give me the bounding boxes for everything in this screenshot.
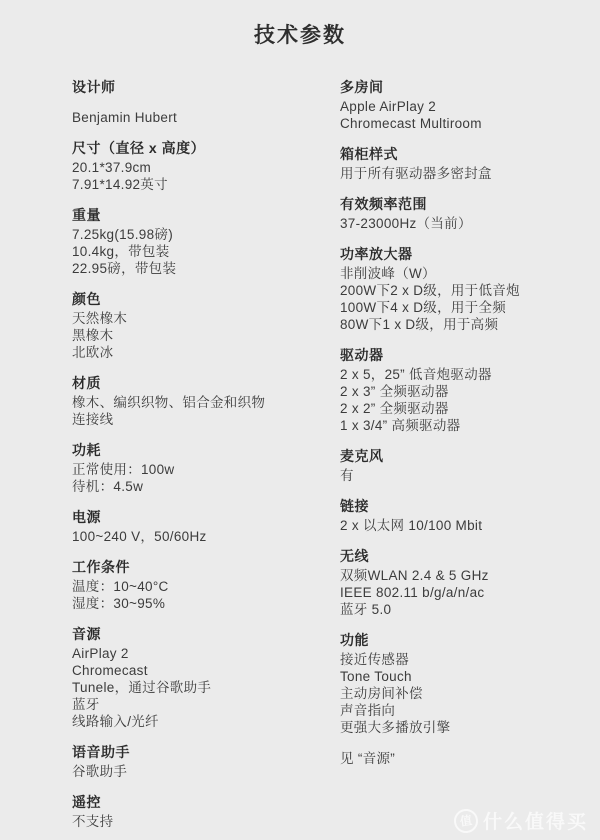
spec-line: 22.95磅，带包装 [72, 260, 340, 277]
spec-section: 语音助手谷歌助手 [72, 744, 340, 780]
spec-line: 20.1*37.9cm [72, 159, 340, 176]
spec-line: 声音指向 [340, 702, 580, 719]
spec-line: 接近传感器 [340, 651, 580, 668]
spec-line: Apple AirPlay 2 [340, 98, 580, 115]
spec-line: 100W下4 x D级，用于全频 [340, 299, 580, 316]
spec-section: 功率放大器非削波峰（W）200W下2 x D级，用于低音炮100W下4 x D级… [340, 246, 580, 333]
spec-line: Chromecast Multiroom [340, 115, 580, 132]
spec-heading: 功耗 [72, 442, 340, 459]
spec-heading: 链接 [340, 498, 580, 515]
spec-heading: 麦克风 [340, 448, 580, 465]
spec-section: 颜色天然橡木黑橡木北欧冰 [72, 291, 340, 361]
spec-line: 有 [340, 467, 580, 484]
spec-line: 谷歌助手 [72, 763, 340, 780]
spec-line: Tone Touch [340, 668, 580, 685]
spec-line: 蓝牙 5.0 [340, 601, 580, 618]
spec-heading: 重量 [72, 207, 340, 224]
spec-line: 37-23000Hz（当前） [340, 215, 580, 232]
column-right: 多房间Apple AirPlay 2Chromecast Multiroom箱柜… [340, 79, 580, 840]
spec-line: 正常使用：100w [72, 461, 340, 478]
spec-heading: 颜色 [72, 291, 340, 308]
spec-section: 无线双频WLAN 2.4 & 5 GHzIEEE 802.11 b/g/a/n/… [340, 548, 580, 618]
spec-line: 待机：4.5w [72, 478, 340, 495]
spec-line: 见 “音源” [340, 750, 580, 767]
spec-section: 设计师Benjamin Hubert [72, 79, 340, 126]
spec-line: 连接线 [72, 411, 340, 428]
spec-section: 音源AirPlay 2ChromecastTunele，通过谷歌助手蓝牙线路输入… [72, 626, 340, 730]
spec-line: 非削波峰（W） [340, 265, 580, 282]
spec-section: 遥控不支持 [72, 794, 340, 830]
spec-section: 电源100~240 V，50/60Hz [72, 509, 340, 545]
watermark: 值 什么值得买 [454, 807, 588, 834]
spec-section: 多房间Apple AirPlay 2Chromecast Multiroom [340, 79, 580, 132]
spec-section: 功能接近传感器Tone Touch主动房间补偿声音指向更强大多播放引擎 [340, 632, 580, 736]
spec-heading: 工作条件 [72, 559, 340, 576]
spec-heading: 驱动器 [340, 347, 580, 364]
spec-heading: 语音助手 [72, 744, 340, 761]
spec-section: 有效频率范围37-23000Hz（当前） [340, 196, 580, 232]
spec-line: 100~240 V，50/60Hz [72, 528, 340, 545]
spec-section: 见 “音源” [340, 750, 580, 767]
watermark-text: 什么值得买 [483, 807, 588, 834]
spec-line: 1 x 3/4” 高频驱动器 [340, 417, 580, 434]
spec-line: 2 x 3” 全频驱动器 [340, 383, 580, 400]
spec-line: 主动房间补偿 [340, 685, 580, 702]
spec-line: 更强大多播放引擎 [340, 719, 580, 736]
spec-line: 温度：10~40°C [72, 578, 340, 595]
spec-columns: 设计师Benjamin Hubert尺寸（直径 x 高度）20.1*37.9cm… [0, 79, 600, 840]
spec-line: 用于所有驱动器多密封盒 [340, 165, 580, 182]
spec-line: 湿度：30~95% [72, 595, 340, 612]
spec-line: Benjamin Hubert [72, 109, 340, 126]
spec-section: 麦克风有 [340, 448, 580, 484]
spec-line: 蓝牙 [72, 696, 340, 713]
spec-line: 7.91*14.92英寸 [72, 176, 340, 193]
spec-line: 线路输入/光纤 [72, 713, 340, 730]
spec-line: 橡木、编织织物、铝合金和织物 [72, 394, 340, 411]
spec-line: 天然橡木 [72, 310, 340, 327]
spec-heading: 无线 [340, 548, 580, 565]
spec-line: 双频WLAN 2.4 & 5 GHz [340, 567, 580, 584]
spec-line: 10.4kg，带包装 [72, 243, 340, 260]
page-title: 技术参数 [0, 0, 600, 49]
spec-line: IEEE 802.11 b/g/a/n/ac [340, 584, 580, 601]
spec-heading: 尺寸（直径 x 高度） [72, 140, 340, 157]
spec-line: Tunele，通过谷歌助手 [72, 679, 340, 696]
spec-line: 2 x 5，25” 低音炮驱动器 [340, 366, 580, 383]
spec-heading: 遥控 [72, 794, 340, 811]
spec-line: 2 x 以太网 10/100 Mbit [340, 517, 580, 534]
column-left: 设计师Benjamin Hubert尺寸（直径 x 高度）20.1*37.9cm… [72, 79, 340, 840]
spec-heading: 材质 [72, 375, 340, 392]
spec-line: AirPlay 2 [72, 645, 340, 662]
smzdm-badge-icon: 值 [452, 807, 479, 834]
spec-heading: 箱柜样式 [340, 146, 580, 163]
spec-heading: 功率放大器 [340, 246, 580, 263]
spec-heading: 音源 [72, 626, 340, 643]
spec-section: 材质橡木、编织织物、铝合金和织物连接线 [72, 375, 340, 428]
spec-line: 80W下1 x D级，用于高频 [340, 316, 580, 333]
spec-line: 黑橡木 [72, 327, 340, 344]
spec-section: 链接2 x 以太网 10/100 Mbit [340, 498, 580, 534]
spec-section: 箱柜样式用于所有驱动器多密封盒 [340, 146, 580, 182]
spec-heading: 设计师 [72, 79, 340, 96]
spec-line: Chromecast [72, 662, 340, 679]
spec-heading: 电源 [72, 509, 340, 526]
spec-line: 不支持 [72, 813, 340, 830]
spec-heading: 功能 [340, 632, 580, 649]
spec-line: 200W下2 x D级，用于低音炮 [340, 282, 580, 299]
spec-line: 2 x 2” 全频驱动器 [340, 400, 580, 417]
spec-section: 重量7.25kg(15.98磅)10.4kg，带包装22.95磅，带包装 [72, 207, 340, 277]
spec-section: 工作条件温度：10~40°C湿度：30~95% [72, 559, 340, 612]
spec-heading: 有效频率范围 [340, 196, 580, 213]
spec-section: 尺寸（直径 x 高度）20.1*37.9cm7.91*14.92英寸 [72, 140, 340, 193]
spec-line: 北欧冰 [72, 344, 340, 361]
spec-section: 驱动器2 x 5，25” 低音炮驱动器2 x 3” 全频驱动器2 x 2” 全频… [340, 347, 580, 434]
spec-heading: 多房间 [340, 79, 580, 96]
spec-section: 功耗正常使用：100w待机：4.5w [72, 442, 340, 495]
spec-line: 7.25kg(15.98磅) [72, 226, 340, 243]
